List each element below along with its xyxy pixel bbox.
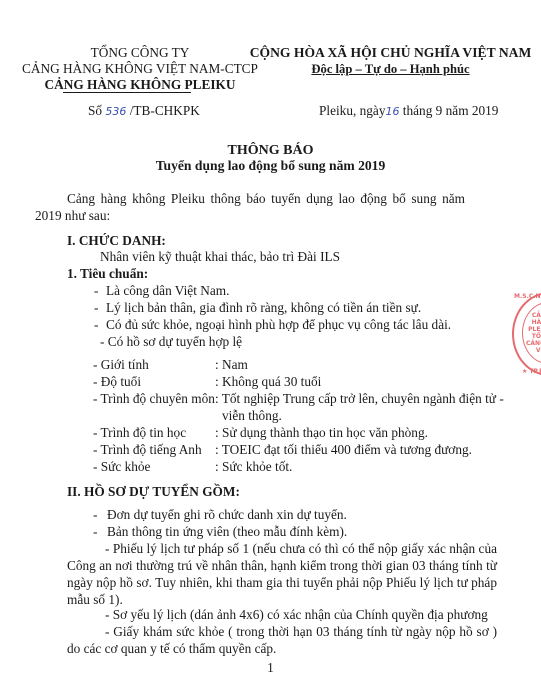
standard-item: -Có đủ sức khỏe, ngoại hình phù hợp để p… — [94, 316, 451, 333]
section-2-heading: II. HỒ SƠ DỰ TUYỂN GỒM: — [67, 483, 240, 500]
criteria-label: - Trình độ tin học — [93, 424, 215, 441]
issuer-name: CẢNG HÀNG KHÔNG PLEIKU — [20, 77, 260, 93]
dossier-item: -Bản thông tin ứng viên (theo mẫu đính k… — [93, 523, 347, 540]
seal-text-line: CẢNG — [526, 312, 541, 319]
section-1-heading: I. CHỨC DANH: — [67, 232, 166, 249]
issuer-block: TỔNG CÔNG TY CẢNG HÀNG KHÔNG VIỆT NAM-CT… — [20, 45, 260, 93]
seal-text-line: TỔNG — [526, 333, 541, 340]
date-prefix: Pleiku, ngày — [319, 103, 385, 118]
seal-text-line: HÀNG — [526, 319, 541, 326]
intro-text: Cảng hàng không Pleiku thông báo tuyển d… — [35, 191, 465, 223]
criteria-value: : Nam — [215, 357, 248, 372]
standard-item: -Lý lịch bản thân, gia đình rõ ràng, khô… — [94, 299, 421, 316]
bullet-dash: - — [94, 282, 106, 299]
doc-number-handwritten: 536 — [105, 105, 126, 118]
intro-paragraph: Cảng hàng không Pleiku thông báo tuyển d… — [35, 190, 465, 224]
date-suffix: tháng 9 năm 2019 — [399, 103, 498, 118]
criteria-label: - Giới tính — [93, 356, 215, 373]
criteria-value: : TOEIC đạt tối thiểu 400 điểm và tương … — [215, 442, 472, 457]
criteria-value: : Sức khỏe tốt. — [215, 459, 292, 474]
motto-text: Độc lập – Tự do – Hạnh phúc — [311, 62, 469, 76]
criteria-row: - Trình độ chuyên môn: Tốt nghiệp Trung … — [93, 390, 504, 407]
issuer-name-text: CẢNG HÀNG KHÔNG PLEIKU — [45, 77, 236, 93]
bullet-dash: - — [94, 316, 106, 333]
issue-date: Pleiku, ngày16 tháng 9 năm 2019 — [319, 103, 498, 120]
standard-item: -Là công dân Việt Nam. — [94, 282, 229, 299]
seal-bottom-text: ★ TP.PLEIKU — [522, 368, 541, 375]
bullet-dash: - — [93, 523, 107, 540]
bullet-dash: - — [93, 506, 107, 523]
criteria-value: : Sử dụng thành thạo tin học văn phòng. — [215, 425, 428, 440]
seal-text-line: VIỆ — [526, 347, 541, 354]
standard-item-text: Lý lịch bản thân, gia đình rõ ràng, khôn… — [106, 300, 421, 315]
criteria-label: - Độ tuổi — [93, 373, 215, 390]
seal-text-line: CẢNG HÀ — [526, 340, 541, 347]
standard-item-text: Có đủ sức khỏe, ngoại hình phù hợp để ph… — [106, 317, 451, 332]
seal-text-line: PLEIKU- — [526, 326, 541, 333]
document-number: Số 536 /TB-CHKPK — [88, 103, 200, 120]
bullet-dash: - — [94, 299, 106, 316]
position-name: Nhân viên kỹ thuật khai thác, bảo trì Đà… — [100, 248, 340, 265]
national-name: CỘNG HÒA XÃ HỘI CHỦ NGHĨA VIỆT NAM — [248, 45, 533, 61]
document-page: TỔNG CÔNG TY CẢNG HÀNG KHÔNG VIỆT NAM-CT… — [0, 0, 541, 679]
standards-extra-line: - Có hồ sơ dự tuyển hợp lệ — [100, 333, 242, 350]
criteria-value-continued: viễn thông. — [222, 407, 282, 424]
dossier-cv: - Sơ yếu lý lịch (dán ảnh 4x6) có xác nh… — [105, 606, 488, 623]
standard-item-text: Là công dân Việt Nam. — [106, 283, 229, 298]
criteria-row: - Sức khỏe: Sức khỏe tốt. — [93, 458, 292, 475]
date-day-handwritten: 16 — [385, 105, 399, 118]
criteria-row: - Độ tuổi: Không quá 30 tuổi — [93, 373, 321, 390]
criteria-value: : Tốt nghiệp Trung cấp trở lên, chuyên n… — [215, 391, 504, 406]
seal-inner-text: CẢNGHÀNGPLEIKU-TỔNGCẢNG HÀVIỆ — [526, 312, 541, 354]
doc-number-suffix: /TB-CHKPK — [130, 103, 200, 118]
seal-ring-text: M.S.C.N: 031163 — [514, 293, 541, 300]
dossier-item: -Đơn dự tuyển ghi rõ chức danh xin dự tu… — [93, 506, 347, 523]
doc-number-prefix: Số — [88, 103, 102, 118]
document-subtitle: Tuyển dụng lao động bổ sung năm 2019 — [0, 158, 541, 174]
criteria-label: - Trình độ tiếng Anh — [93, 441, 215, 458]
motto: Độc lập – Tự do – Hạnh phúc — [248, 61, 533, 77]
issuer-corporation: CẢNG HÀNG KHÔNG VIỆT NAM-CTCP — [20, 61, 260, 77]
dossier-health-certificate: - Giấy khám sức khỏe ( trong thời hạn 03… — [67, 623, 497, 657]
dossier-item-text: Đơn dự tuyển ghi rõ chức danh xin dự tuy… — [107, 507, 347, 522]
official-seal: M.S.C.N: 031163 CẢNGHÀNGPLEIKU-TỔNGCẢNG … — [512, 292, 541, 376]
page-number: 1 — [0, 659, 541, 676]
criteria-label: - Sức khỏe — [93, 458, 215, 475]
issuer-parent-company: TỔNG CÔNG TY — [20, 45, 260, 61]
criteria-row: - Giới tính: Nam — [93, 356, 248, 373]
document-title: THÔNG BÁO — [0, 143, 541, 159]
standards-heading: 1. Tiêu chuẩn: — [67, 265, 148, 282]
criteria-value: : Không quá 30 tuổi — [215, 374, 321, 389]
dossier-judicial-record: - Phiếu lý lịch tư pháp số 1 (nếu chưa c… — [67, 540, 497, 608]
criteria-row: - Trình độ tin học: Sử dụng thành thạo t… — [93, 424, 428, 441]
dossier-item-text: Bản thông tin ứng viên (theo mẫu đính kè… — [107, 524, 347, 539]
national-motto-block: CỘNG HÒA XÃ HỘI CHỦ NGHĨA VIỆT NAM Độc l… — [248, 45, 533, 77]
criteria-row: - Trình độ tiếng Anh: TOEIC đạt tối thiể… — [93, 441, 472, 458]
criteria-label: - Trình độ chuyên môn — [93, 390, 215, 407]
